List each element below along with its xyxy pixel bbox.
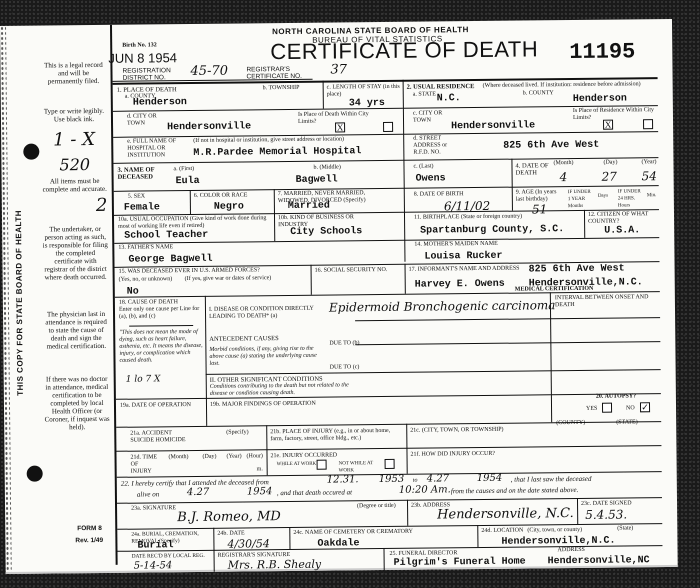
- injury-city-label: 21c. (CITY, TOWN, OR TOWNSHIP): [410, 427, 503, 435]
- stay-label: c. LENGTH OF STAY (in this place): [327, 84, 401, 99]
- not-at-work-label: NOT WHILE AT WORK: [339, 460, 383, 474]
- how-injury-label: 21f. HOW DID INJURY OCCUR?: [410, 451, 495, 459]
- antecedent-hint: Morbid conditions, if any, giving rise t…: [209, 346, 319, 368]
- operation-date-label: 19a. DATE OF OPERATION: [120, 402, 204, 410]
- armed-hint: (Yes, no, or unknown): [119, 276, 173, 284]
- month-label: (Month): [553, 160, 573, 167]
- time-of-injury-label: 21d. TIME OF INJURY: [130, 454, 160, 475]
- cause-hint: Enter only one cause per Line for (a), (…: [119, 306, 203, 321]
- autopsy-no-checkbox[interactable]: ✓: [640, 402, 650, 412]
- alive-on: 4.27: [187, 487, 209, 498]
- autopsy-label: 20. AUTOPSY?: [596, 393, 636, 400]
- autopsy-no-label: NO: [626, 405, 635, 412]
- death-city: Hendersonville: [167, 121, 251, 133]
- occupation: School Teacher: [124, 230, 208, 242]
- township-label: b. TOWNSHIP: [263, 85, 300, 92]
- cert-line1-end: , that I last saw the deceased: [511, 476, 592, 484]
- page-title: CERTIFICATE OF DEATH: [270, 36, 538, 65]
- injury-day-label: (Day): [202, 454, 216, 461]
- form-revision: Rev. 1/49: [75, 537, 103, 544]
- funeral-address: Hendersonville,NC: [548, 555, 650, 567]
- specify-label: (Specify): [226, 429, 248, 436]
- day-label: (Day): [603, 160, 617, 167]
- year-label: (Year): [641, 159, 656, 166]
- dod-label: 4. DATE OF DEATH: [515, 162, 555, 176]
- injury-state-label: (STATE): [616, 419, 638, 426]
- location-hint: (City, town, or county): [527, 527, 582, 535]
- operation-findings-label: 19b. MAJOR FINDINGS OF OPERATION: [210, 401, 316, 409]
- dob-label: 8. DATE OF BIRTH: [414, 191, 464, 199]
- father-name: George Bagwell: [128, 254, 212, 266]
- residence-state: N.C.: [437, 93, 461, 104]
- annotation-520: 520: [59, 155, 90, 174]
- res-county-label: b. COUNTY: [523, 90, 554, 97]
- death-time: 10:20 Am.: [399, 484, 451, 496]
- father-label: 13. FATHER'S NAME: [118, 244, 173, 252]
- physician-address: Hendersonville, N.C.: [437, 506, 574, 522]
- at-work-checkbox[interactable]: [317, 460, 327, 470]
- hospital-label: e. FULL NAME OF HOSPITAL OR INSTITUTION: [127, 138, 187, 160]
- due-to-c-label: DUE TO (c): [330, 364, 360, 371]
- residence-hint: (Where deceased lived. If institution: r…: [483, 81, 641, 90]
- residence-street: 825 6th Ave West: [503, 140, 599, 152]
- margin-mark: 1 lo 7 X: [126, 374, 161, 384]
- signature-label: 23a. SIGNATURE: [131, 505, 176, 512]
- birth-no-label: Birth No. 132: [122, 42, 157, 49]
- attended-from-year: 1953: [379, 474, 405, 485]
- informant-address-1: 825 6th Ave West: [529, 263, 625, 275]
- last-label: c. (Last): [413, 163, 433, 170]
- no-doctor-note: If there was no doctor in attendance, me…: [44, 375, 111, 432]
- name-label: 3. NAME OF DECEASED: [117, 166, 157, 180]
- death-day: 27: [602, 170, 617, 184]
- last-name: Owens: [416, 173, 446, 184]
- injury-hour-label: (Hour): [246, 453, 262, 460]
- death-certificate: This is a legal record and will be perma…: [0, 19, 678, 574]
- medical-section-title: MEDICAL CERTIFICATION: [515, 286, 594, 294]
- accident-label: 21a. ACCIDENT SUICIDE HOMICIDE: [130, 430, 190, 445]
- date-signed: 5.4.53.: [585, 507, 627, 521]
- received-stamp: JUN 8 1954: [108, 50, 177, 66]
- sex: Female: [124, 202, 160, 213]
- autopsy-yes-checkbox[interactable]: [602, 403, 612, 413]
- attended-from: 12.31.: [327, 474, 359, 485]
- cert-line2-end: from the causes and on the date stated a…: [451, 487, 579, 495]
- annotation-1x: 1 - X: [53, 129, 95, 150]
- physician-signature: B.J. Romeo, MD: [177, 509, 281, 525]
- informant-label: 17. INFORMANT'S NAME AND ADDRESS: [409, 266, 520, 274]
- location-state-label: (State): [617, 525, 633, 532]
- death-year: 54: [642, 169, 657, 183]
- state-label: a. STATE: [413, 91, 436, 98]
- within-limits-yes-checkbox[interactable]: X: [335, 122, 345, 132]
- interval-label: INTERVAL BETWEEN ONSET AND DEATH: [555, 294, 655, 309]
- residence-county: Henderson: [573, 93, 627, 105]
- certificate-number: 11195: [569, 39, 635, 65]
- residence-label: 2. USUAL RESIDENCE: [407, 83, 475, 91]
- ssn-label: 16. SOCIAL SECURITY NO.: [315, 267, 388, 275]
- registrar-cert: 37: [330, 62, 347, 77]
- age-hours-label: IF UNDER 24 HRS. Hours: [618, 188, 644, 209]
- place-of-injury-label: 21b. PLACE OF INJURY (e.g., in or about …: [270, 428, 402, 443]
- sex-label: 5. SEX: [128, 193, 145, 200]
- age-months-label: IF UNDER 1 YEAR Months: [568, 189, 594, 210]
- cemetery-label: 24c. NAME OF CEMETERY OR CREMATORY: [293, 529, 413, 537]
- race: Negro: [214, 201, 244, 212]
- form-number: FORM 8: [77, 525, 102, 532]
- injury-month-label: (Month): [168, 454, 188, 461]
- location-label: 24d. LOCATION: [481, 528, 523, 535]
- business: City Schools: [290, 226, 362, 238]
- attended-to-year: 1954: [477, 473, 503, 484]
- undertaker-note: The undertaker, or person acting as such…: [42, 225, 109, 282]
- date-received: 5-14-54: [134, 560, 173, 571]
- perforated-edge: [0, 26, 12, 572]
- copy-label: THIS COPY FOR STATE BOARD OF HEALTH: [14, 210, 25, 396]
- armed-hint-2: (If yes, give war or dates of service): [185, 275, 272, 283]
- age-min-label: Min.: [647, 192, 657, 199]
- birthplace-label: 11. BIRTHPLACE (State or foreign country…: [414, 214, 522, 222]
- res-within-yes-checkbox[interactable]: X: [603, 120, 613, 130]
- within-limits-no-checkbox[interactable]: [383, 122, 393, 132]
- punch-hole: [23, 144, 39, 160]
- at-work-label: WHILE AT WORK: [277, 461, 317, 468]
- res-within-no-checkbox[interactable]: [643, 119, 653, 129]
- citizen-label: 12. CITIZEN OF WHAT COUNTRY?: [588, 211, 658, 226]
- disease-label: I. DISEASE OR CONDITION DIRECTLY LEADING…: [209, 306, 329, 321]
- marital-status: Married: [288, 201, 330, 212]
- birthplace: Spartanburg County, S.C.: [420, 224, 564, 237]
- hospital-name: M.R.Pardee Memorial Hospital: [193, 146, 361, 159]
- mother-label: 14. MOTHER'S MAIDEN NAME: [414, 241, 497, 249]
- injury-year-label: (Year): [226, 453, 241, 460]
- injury-m-label: m.: [257, 466, 263, 473]
- annotation-2: 2: [96, 195, 108, 216]
- injury-occurred-label: 21e. INJURY OCCURRED: [270, 452, 337, 460]
- mother-name: Louisa Rucker: [424, 251, 502, 263]
- autopsy-yes-label: YES: [586, 406, 597, 413]
- attended-to: 4.27: [427, 473, 449, 484]
- first-label: a. (First): [173, 166, 194, 173]
- street-label: d. STREET ADDRESS or R.F.D. NO.: [413, 135, 463, 157]
- degree-label: (Degree or title): [357, 503, 396, 510]
- punch-hole: [27, 466, 43, 482]
- cause-note: "This does not mean the mode of dying, s…: [119, 329, 203, 365]
- occupation-label: 10a. USUAL OCCUPATION (Give kind of work…: [118, 215, 268, 231]
- antecedent-label: ANTECEDENT CAUSES: [209, 335, 278, 343]
- res-city-label: c. CITY OR TOWN: [413, 110, 443, 124]
- cause-a: Epidermoid Bronchogenic carcinoma: [329, 298, 556, 314]
- not-at-work-checkbox[interactable]: [385, 459, 395, 469]
- first-name: Eula: [176, 176, 200, 187]
- certificate-body: NORTH CAROLINA STATE BOARD OF HEALTH BUR…: [110, 19, 671, 565]
- funeral-director: Pilgrim's Funeral Home: [394, 557, 526, 569]
- physician-note: The physician last in attendance is requ…: [43, 310, 109, 351]
- injury-county-label: (COUNTY): [556, 420, 585, 427]
- registrar-signature: Mrs. R.B. Shealy: [228, 558, 322, 572]
- middle-label: b. (Middle): [313, 164, 340, 171]
- informant-name: Harvey E. Owens: [415, 279, 505, 291]
- cert-line2: alive on: [137, 491, 159, 498]
- registration-district: 45-70: [190, 64, 228, 79]
- all-items-note: All items must be complete and accurate.: [42, 177, 108, 194]
- death-month: 4: [560, 170, 568, 184]
- race-label: 6. COLOR OR RACE: [194, 192, 248, 200]
- legal-note: This is a legal record and will be perma…: [40, 61, 106, 86]
- type-note: Type or write legibly. Use black ink.: [41, 107, 107, 124]
- funeral-address-label: ADDRESS: [557, 547, 584, 554]
- cert-to: to: [413, 478, 418, 485]
- hospital-hint: (If not in hospital or institution, give…: [193, 136, 344, 145]
- alive-year: 1954: [247, 486, 273, 497]
- city-label: d. CITY OR TOWN: [127, 113, 157, 127]
- cert-line2-mid: , and that death occured at: [277, 489, 352, 497]
- age-days-label: Days: [598, 193, 608, 200]
- middle-name: Bagwell: [296, 174, 338, 185]
- death-county: Henderson: [133, 97, 187, 109]
- citizenship: U.S.A.: [604, 225, 640, 236]
- residence-city: Hendersonville: [451, 120, 535, 132]
